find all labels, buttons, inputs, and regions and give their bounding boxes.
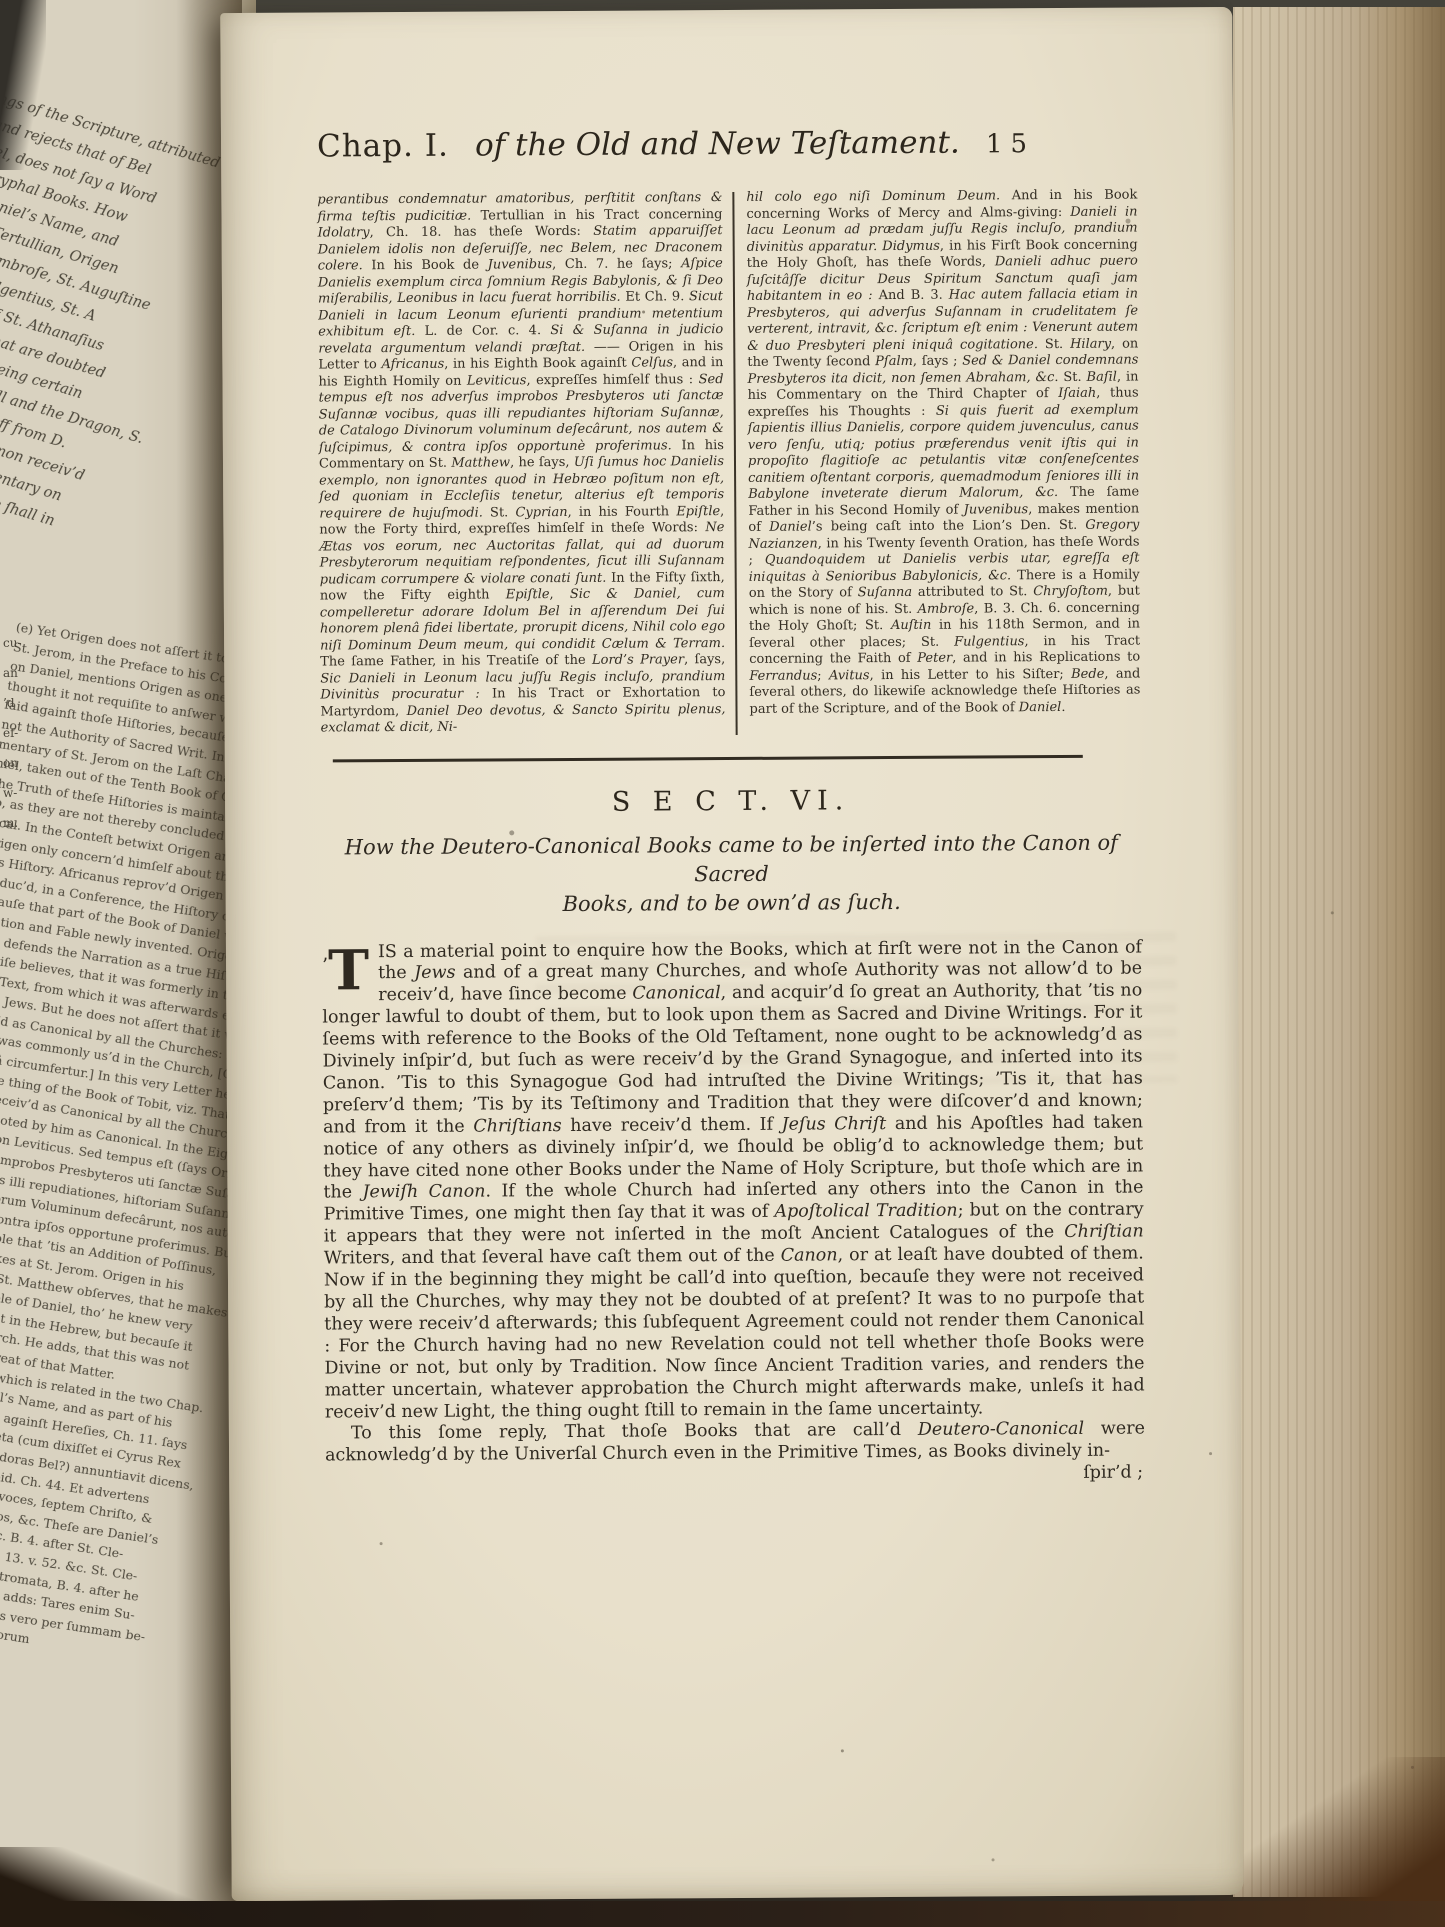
text-segment: Daniel [1019, 699, 1062, 714]
chapter-label: Chap. I. [317, 128, 449, 165]
text-segment: St. [1045, 336, 1070, 351]
section-heading: S E C T. VI. [321, 783, 1141, 819]
text-segment: Canonical [632, 983, 720, 1004]
text-segment: Jewiſh Canon [362, 1182, 485, 1203]
text-segment: Deutero-Canonical [918, 1419, 1084, 1440]
text-segment: . [1061, 699, 1065, 714]
text-segment: Epiſtle [676, 504, 720, 519]
text-segment: Bede [1071, 666, 1104, 681]
text-segment: , in his Fourth [568, 504, 677, 520]
running-title: of the Old and New Teſtament. [449, 124, 986, 163]
text-segment: Baſil [1086, 369, 1117, 384]
text-segment: , or at leaſt have doubted of them. Now … [324, 1244, 1145, 1422]
text-segment: To this ſome reply, That thoſe Books tha… [351, 1420, 918, 1443]
text-segment: Suſanna [858, 585, 912, 600]
drop-cap-letter: T [328, 937, 369, 1002]
section-separator-rule [333, 754, 1083, 762]
text-segment: Matthew [451, 455, 510, 470]
text-segment: hil colo ego niſi Dominum Deum. [746, 188, 1011, 205]
page-content: Chap. I. of the Old and New Teſtament. 1… [220, 7, 1241, 1488]
text-segment: Jeſus Chriſt [781, 1114, 886, 1135]
text-segment: Et Ch. 9. [625, 289, 689, 304]
text-segment: Daniel [769, 520, 812, 535]
text-segment: L. de Cor. c. 4. [425, 323, 551, 339]
section-subtitle-line-2: Books, and to be own’d as ſuch. [322, 886, 1142, 920]
book-fore-edge-pages [1233, 7, 1445, 1897]
two-column-notes: perantibus condemnatur amatoribus, perſt… [317, 188, 1140, 737]
paper-specks [220, 13, 223, 16]
page-number: 15 [986, 129, 1035, 159]
curled-text-line: an [3, 658, 33, 688]
paragraph-2-text: To this ſome reply, That thoſe Books tha… [325, 1419, 1145, 1466]
curled-text-line: on [3, 748, 33, 778]
text-segment: , in his Eighth Book againſt [444, 356, 631, 372]
text-segment: St. [490, 505, 515, 520]
text-segment: attributed to St. [912, 584, 1033, 600]
text-segment: And B. 3. [879, 288, 949, 303]
text-segment: , Ch. 18. has theſe Words: [370, 224, 594, 240]
body-paragraph-1: ’TIS a material point to enquire how the… [322, 937, 1145, 1424]
text-segment: Cyprian [515, 504, 567, 519]
text-segment: Celſus [631, 355, 673, 370]
text-segment: , expreſſes himſelf thus : [526, 372, 698, 388]
section-subtitle: How the Deutero-Canonical Books came to … [321, 828, 1142, 920]
column-divider-rule [732, 192, 737, 735]
text-segment: In his Book de [371, 257, 487, 273]
text-segment: Didymus [882, 238, 940, 253]
text-segment: Peter [917, 651, 952, 666]
text-segment: Hilary [1070, 336, 1111, 351]
text-segment: , [549, 587, 569, 602]
text-segment: St. [1063, 369, 1086, 384]
text-segment: Tertullian in his Tract concerning [481, 207, 723, 223]
book-cover-bottom-left [0, 1847, 200, 1927]
text-segment: Auſtin [891, 618, 931, 633]
body-paragraph-2: To this ſome reply, That thoſe Books tha… [325, 1419, 1145, 1468]
text-segment: Ferrandus [749, 668, 817, 683]
text-segment: Apoſtolical Tradition [774, 1201, 957, 1222]
text-segment: Iſaiah [1058, 386, 1096, 401]
text-segment: Fulgentius [954, 634, 1024, 649]
text-segment: have receiv’d them. If [562, 1114, 782, 1135]
drop-cap: ’T [322, 945, 369, 1004]
text-segment: , he ſays, [510, 455, 574, 470]
text-segment: Canon [781, 1246, 838, 1266]
paragraph-1-text: IS a material point to enquire how the B… [322, 937, 1144, 1422]
text-segment: Jews [414, 963, 455, 983]
text-segment: Juvenibus [488, 257, 553, 272]
running-header: Chap. I. of the Old and New Teſtament. 1… [317, 124, 1137, 165]
text-segment: , ſays, [684, 652, 725, 667]
text-segment: Epiſtle [506, 587, 550, 602]
binding-shadow-top-left [0, 0, 46, 170]
section-subtitle-line-1: How the Deutero-Canonical Books came to … [321, 828, 1141, 891]
text-segment: , and in his Replications to [952, 650, 1140, 666]
text-segment: Chriſtians [473, 1116, 562, 1137]
text-segment: Africanus [381, 357, 444, 372]
text-segment: Pſalm [875, 354, 913, 369]
text-segment: Ambroſe [918, 601, 975, 616]
curled-text-line: m. [3, 808, 33, 838]
text-segment: The ſame Father, in his Treatiſe of the [320, 653, 592, 670]
text-segment: Juvenibus [964, 502, 1029, 517]
curled-page-edge-fragments: cu-an’def-onw-m. [3, 628, 33, 838]
text-segment: Chriſtian [1064, 1222, 1144, 1242]
book-page: Chap. I. of the Old and New Teſtament. 1… [220, 7, 1244, 1901]
text-segment: ; [817, 668, 829, 683]
text-segment: , ſays ; [913, 354, 962, 369]
text-segment: Leviticus [467, 373, 527, 388]
curled-text-line: cu- [3, 628, 33, 658]
text-segment: , in his Letter to his Siſter; [870, 666, 1072, 682]
right-column-text: hil colo ego niſi Dominum Deum. And in h… [746, 188, 1140, 735]
text-segment: Idolatry [318, 225, 370, 240]
text-segment: Avitus [829, 668, 870, 683]
curled-text-line: ’d [3, 688, 33, 718]
text-segment: ’s being caſt into the Lion’s Den. St. [812, 518, 1086, 535]
text-segment: Writers, and that ſeveral have caſt them… [324, 1246, 781, 1269]
text-segment: Chryſoſtom [1033, 584, 1108, 599]
curled-text-line: w- [3, 778, 33, 808]
book-photo-scene: Canon, &c. Book I.ning the Wonderful thi… [0, 0, 1445, 1927]
table-surface-bottom [0, 1901, 1445, 1927]
left-column-text: perantibus condemnatur amatoribus, perſt… [317, 190, 725, 737]
curled-text-line: ef- [3, 718, 33, 748]
text-segment: , Ch. 7. he ſays; [552, 256, 681, 272]
text-segment: Lord’s Prayer [592, 652, 684, 668]
